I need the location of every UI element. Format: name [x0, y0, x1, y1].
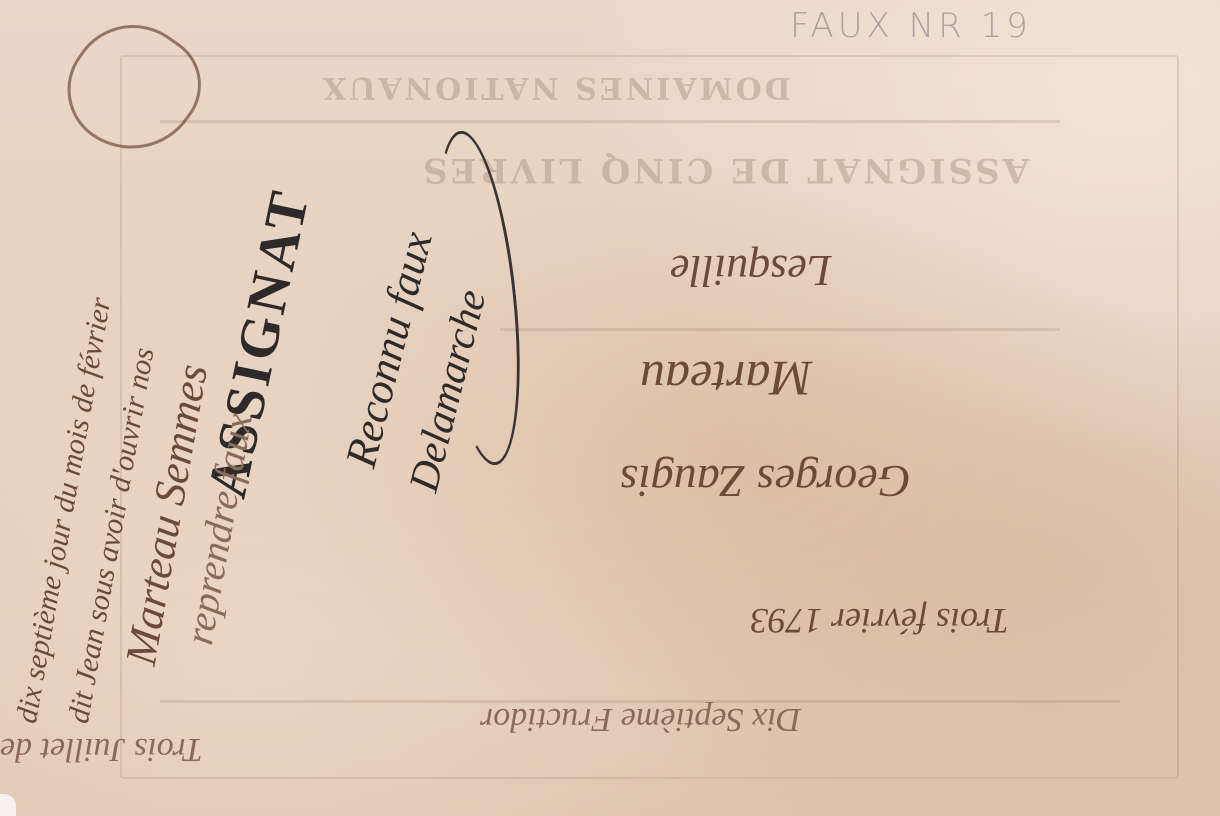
embossed-rule	[160, 120, 1060, 123]
embossed-text-line2: ASSIGNAT DE CINQ LIVRES	[420, 150, 1029, 190]
embossed-rule	[500, 328, 1060, 331]
handwriting-signature: Georges Zaugis	[620, 455, 911, 508]
handwriting-marteau: Marteau	[640, 350, 812, 408]
handwriting-bottom-left: Trois Juillet de	[0, 730, 203, 768]
pencil-annotation: FAUX NR 19	[790, 6, 1032, 46]
handwriting-fructidor: Dix Septième Fructidor	[480, 700, 801, 738]
handwriting-lesquille: Lesquille	[670, 245, 831, 296]
embossed-text-line1: DOMAINES NATIONAUX	[320, 70, 791, 105]
handwriting-date: Trois février 1793	[750, 600, 1009, 642]
